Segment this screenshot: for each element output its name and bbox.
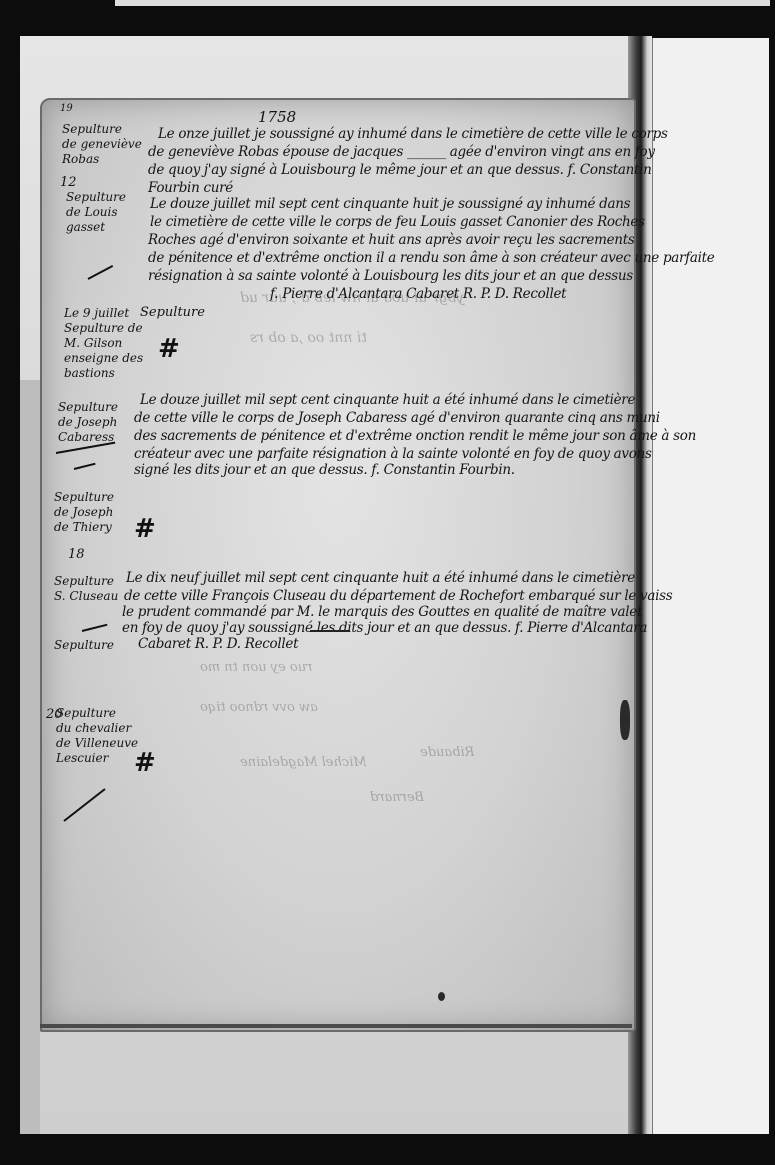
binding-shadow <box>620 700 630 740</box>
bleed-through-text: aw ovv rdnoo tiqo <box>200 700 318 715</box>
margin-note-entry-6-extra: Sepulture <box>54 638 114 653</box>
entry-2-line: le cimetière de cette ville le corps de … <box>150 216 645 230</box>
margin-number-entry-6: 18 <box>68 548 85 561</box>
entry-2-line: résignation à sa sainte volonté à Louisb… <box>148 270 633 284</box>
entry-1-line: de geneviève Robas épouse de jacques ___… <box>148 146 655 160</box>
cross-mark-icon: # <box>158 334 180 364</box>
margin-note-entry-6: Sepulture S. Cluseau <box>54 574 118 604</box>
entry-6-signature: Cabaret R. P. D. Recollet <box>138 638 298 652</box>
cross-mark-icon: # <box>134 748 156 778</box>
register-year: 1758 <box>258 110 296 125</box>
entry-1-signature: Fourbin curé <box>148 182 233 196</box>
entry-1-line: de quoy j'ay signé à Louisbourg le même … <box>148 164 652 178</box>
entry-2-line: de pénitence et d'extrême onction il a r… <box>148 252 714 266</box>
margin-note-entry-3: Le 9 juillet Sepulture de M. Gilson ense… <box>64 306 143 381</box>
entry-1-line: Le onze juillet je soussigné ay inhumé d… <box>158 128 668 142</box>
entry-2-signature: f. Pierre d'Alcantara Cabaret R. P. D. R… <box>270 288 566 302</box>
margin-note-entry-1: Sepulture de geneviève Robas <box>62 122 142 167</box>
margin-note-entry-5: Sepulture de Joseph de Thiery <box>54 490 114 535</box>
page-bottom-edge <box>40 1024 632 1028</box>
entry-6-line: Le dix neuf juillet mil sept cent cinqua… <box>126 572 635 586</box>
entry-4-signature: signé les dits jour et an que dessus. f.… <box>134 464 515 478</box>
bleed-through-text: Bernard <box>370 790 424 805</box>
bleed-through-text: ruo ey uon tn mo <box>200 660 312 675</box>
entry-2-line: Roches agé d'environ soixante et huit an… <box>148 234 634 248</box>
previous-frame-edge <box>115 0 770 6</box>
margin-number-entry-2: 12 <box>60 176 77 189</box>
entry-6-line: en foy de quoy j'ay soussigné les dits j… <box>122 622 647 636</box>
facing-page <box>652 38 769 1134</box>
entry-4-line: créateur avec une parfaite résignation à… <box>134 448 652 462</box>
entry-6-line: le prudent commandé par M. le marquis de… <box>122 606 642 620</box>
backing-sheet-shadow <box>20 380 40 1134</box>
bleed-through-text: Ribaude <box>420 745 474 760</box>
cross-mark-icon: # <box>134 514 156 544</box>
margin-note-entry-2: Sepulture de Louis gasset <box>66 190 126 235</box>
entry-4-line: des sacrements de pénitence et d'extrême… <box>134 430 696 444</box>
ink-stain <box>438 992 445 1001</box>
margin-note-entry-7: Sepulture du chevalier de Villeneuve Les… <box>56 706 138 766</box>
entry-4-line: Le douze juillet mil sept cent cinquante… <box>140 394 635 408</box>
entry-4-line: de cette ville le corps de Joseph Cabare… <box>134 412 660 426</box>
entry-2-line: Le douze juillet mil sept cent cinquante… <box>150 198 630 212</box>
page-number: 19 <box>60 104 73 114</box>
bleed-through-text: Michel Magdelaine <box>240 755 367 770</box>
entry-6-line: de cette ville François Cluseau du dépar… <box>124 590 672 604</box>
bleed-through-text: ti nnt oo ,a ob rs <box>250 330 367 346</box>
flourish <box>310 630 350 632</box>
entry-3-header: Sepulture <box>140 306 205 319</box>
margin-note-entry-4: Sepulture de Joseph Cabaress <box>58 400 118 445</box>
